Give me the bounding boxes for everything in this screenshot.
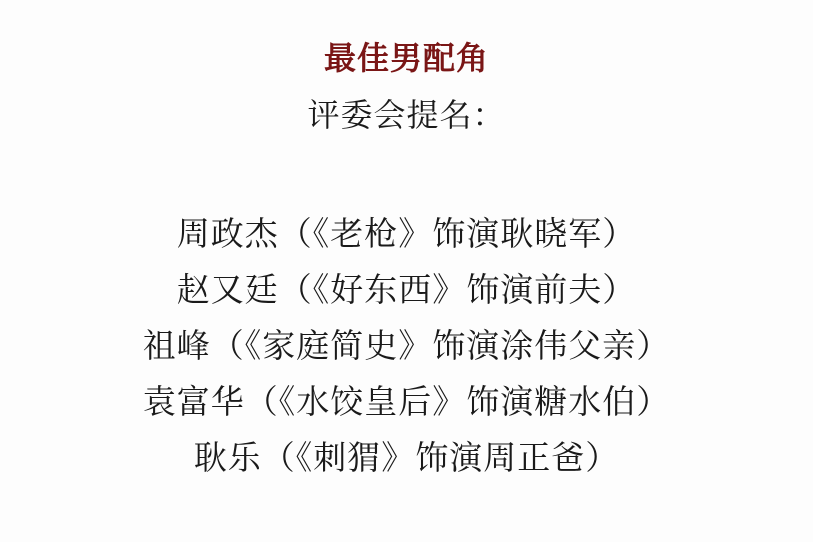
nominee-item: 赵又廷（《好东西》饰演前夫） — [0, 262, 813, 318]
nominee-item: 袁富华（《水饺皇后》饰演糖水伯） — [0, 374, 813, 430]
award-title: 最佳男配角 — [0, 36, 813, 80]
document-page: 最佳男配角 评委会提名： 周政杰（《老枪》饰演耿晓军） 赵又廷（《好东西》饰演前… — [0, 0, 813, 542]
nominee-item: 祖峰（《家庭简史》饰演涂伟父亲） — [0, 318, 813, 374]
nominee-item: 周政杰（《老枪》饰演耿晓军） — [0, 206, 813, 262]
nominations-heading: 评委会提名： — [0, 93, 813, 137]
nominee-item: 耿乐（《刺猬》饰演周正爸） — [0, 430, 813, 486]
nominee-list: 周政杰（《老枪》饰演耿晓军） 赵又廷（《好东西》饰演前夫） 祖峰（《家庭简史》饰… — [0, 206, 813, 486]
